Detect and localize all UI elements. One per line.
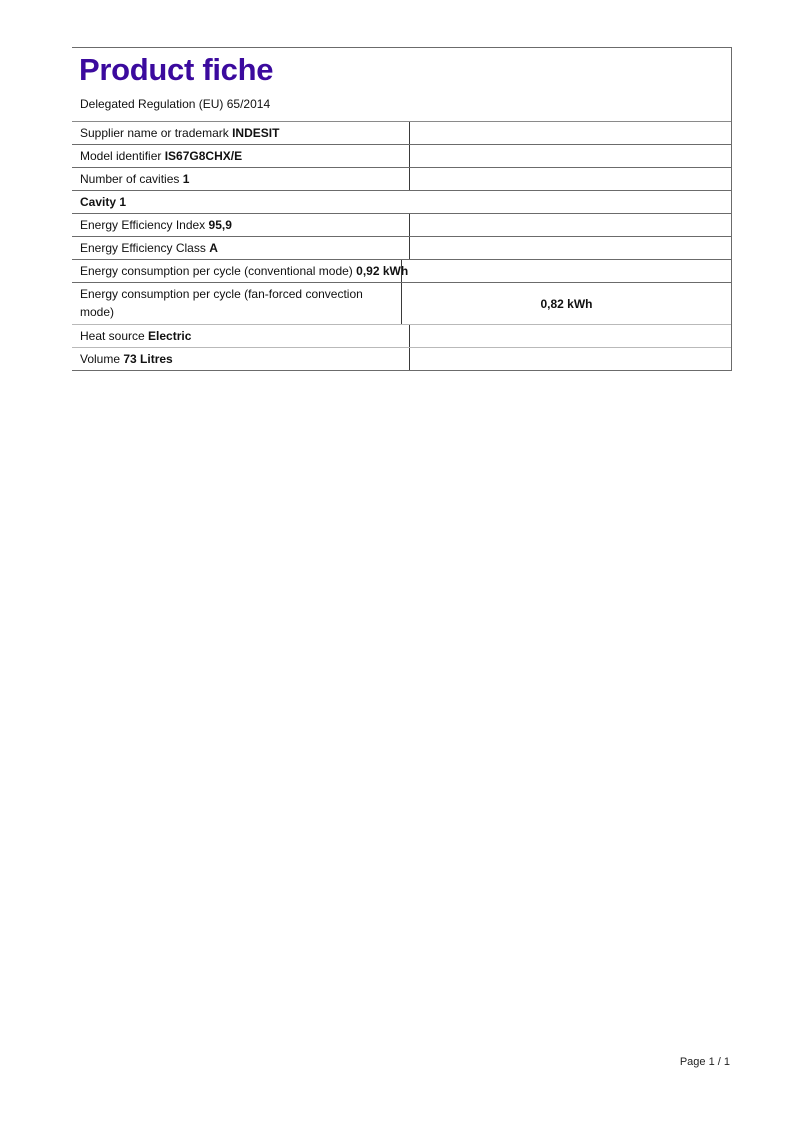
label-text: Energy Efficiency Class [80,241,206,255]
row-conventional-consumption: Energy consumption per cycle (convention… [72,260,731,283]
row-cavities: Number of cavities 1 [72,168,731,191]
conventional-right-cell [409,260,731,282]
row-eei: Energy Efficiency Index 95,9 [72,214,731,237]
eei-right-cell [409,214,731,236]
cavities-value: 1 [183,172,190,186]
supplier-value: INDESIT [232,126,279,140]
label-text: Energy Efficiency Index [80,218,205,232]
model-right-cell [409,145,731,167]
row-cavity-heading: Cavity 1 [72,191,731,214]
supplier-label: Supplier name or trademark INDESIT [72,122,409,144]
page-title: Product fiche [79,50,273,90]
fan-forced-consumption-label: Energy consumption per cycle (fan-forced… [72,283,401,324]
model-value: IS67G8CHX/E [165,149,242,163]
heat-source-right-cell [409,325,731,347]
energy-class-label: Energy Efficiency Class A [72,237,409,259]
eei-label: Energy Efficiency Index 95,9 [72,214,409,236]
fan-forced-consumption-value: 0,82 kWh [401,283,731,324]
row-energy-class: Energy Efficiency Class A [72,237,731,260]
conventional-consumption-label: Energy consumption per cycle (convention… [72,260,409,282]
cavities-right-cell [409,168,731,190]
row-model: Model identifier IS67G8CHX/E [72,145,731,168]
model-label: Model identifier IS67G8CHX/E [72,145,409,167]
page-number: Page 1 / 1 [680,1056,730,1068]
row-fan-forced-consumption: Energy consumption per cycle (fan-forced… [72,283,731,325]
row-heat-source: Heat source Electric [72,325,731,348]
volume-right-cell [409,348,731,370]
label-text: Heat source [80,329,145,343]
product-fiche-table: Product fiche Delegated Regulation (EU) … [72,47,732,371]
volume-value: 73 Litres [123,352,172,366]
energy-class-right-cell [409,237,731,259]
label-text: Model identifier [80,149,161,163]
cavities-label: Number of cavities 1 [72,168,409,190]
cavity-heading: Cavity 1 [72,191,731,213]
energy-class-value: A [209,241,218,255]
eei-value: 95,9 [209,218,232,232]
label-text: Supplier name or trademark [80,126,229,140]
label-text: Energy consumption per cycle (convention… [80,264,353,278]
column-divider [401,260,402,282]
regulation-subtitle: Delegated Regulation (EU) 65/2014 [80,96,270,112]
label-text: Volume [80,352,120,366]
header: Product fiche Delegated Regulation (EU) … [72,48,731,122]
heat-source-value: Electric [148,329,191,343]
heat-source-label: Heat source Electric [72,325,409,347]
row-volume: Volume 73 Litres [72,348,731,371]
volume-label: Volume 73 Litres [72,348,409,370]
supplier-right-cell [409,122,731,144]
row-supplier: Supplier name or trademark INDESIT [72,122,731,145]
label-text: Number of cavities [80,172,179,186]
label-text: Energy consumption per cycle (fan-forced… [80,287,363,319]
